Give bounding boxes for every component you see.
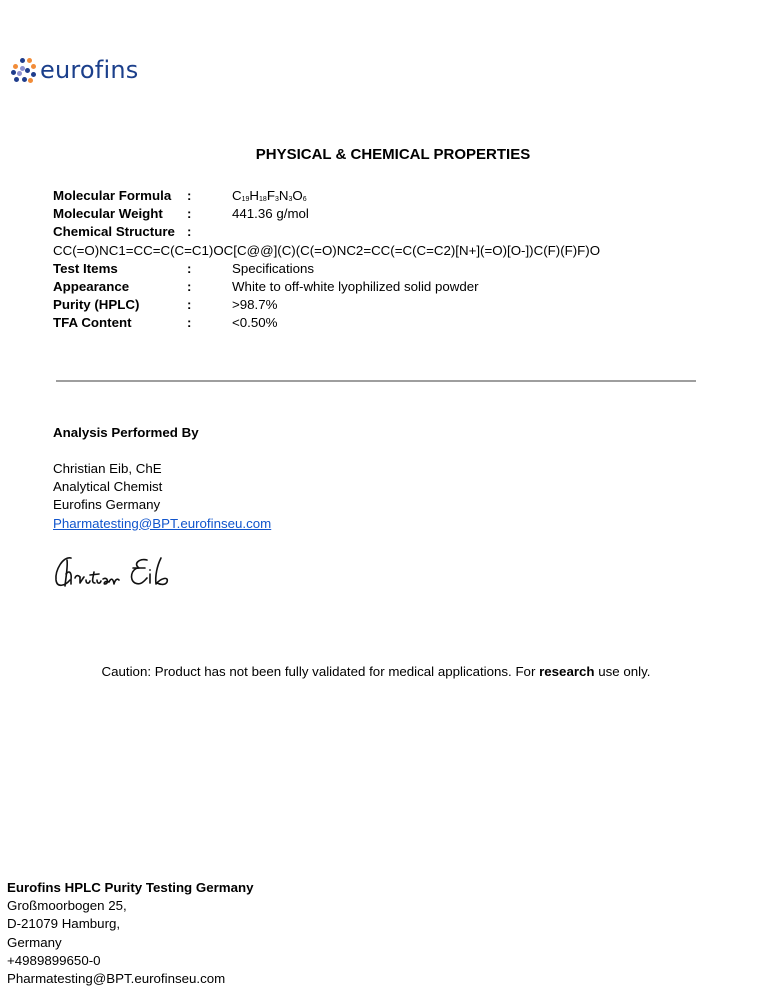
analysis-section: Analysis Performed By Christian Eib, ChE… (53, 424, 271, 533)
chemical-structure-value: CC(=O)NC1=CC=C(C=C1)OC[C@@](C)(C(=O)NC2=… (53, 243, 600, 258)
appearance-value: White to off-white lyophilized solid pow… (232, 278, 479, 296)
label: Molecular Formula (53, 187, 171, 205)
eurofins-dots-icon (9, 56, 37, 84)
tfa-content-value: <0.50% (232, 314, 277, 332)
test-items-value: Specifications (232, 260, 314, 278)
footer-company: Eurofins HPLC Purity Testing Germany (7, 879, 254, 897)
row-molecular-weight: Molecular Weight : 441.36 g/mol (53, 205, 600, 223)
signature-image (53, 550, 178, 592)
label: Molecular Weight (53, 205, 163, 223)
label: Test Items (53, 260, 118, 278)
row-test-items: Test Items : Specifications (53, 260, 600, 278)
row-tfa-content: TFA Content : <0.50% (53, 314, 600, 332)
section-divider (56, 380, 696, 382)
analyst-role: Analytical Chemist (53, 478, 271, 496)
footer-city: D-21079 Hamburg, (7, 915, 254, 933)
eurofins-logo: eurofins (9, 56, 138, 84)
footer-address: Eurofins HPLC Purity Testing Germany Gro… (7, 879, 254, 988)
analyst-email-link[interactable]: Pharmatesting@BPT.eurofinseu.com (53, 516, 271, 531)
separator: : (187, 187, 191, 205)
footer-country: Germany (7, 934, 254, 952)
analyst-organization: Eurofins Germany (53, 496, 271, 514)
label: Chemical Structure (53, 223, 175, 241)
properties-table: Molecular Formula : C19H18F3N3O6 Molecul… (53, 187, 600, 333)
caution-prefix: Caution: Product has not been fully vali… (102, 664, 540, 679)
row-purity: Purity (HPLC) : >98.7% (53, 296, 600, 314)
footer-email: Pharmatesting@BPT.eurofinseu.com (7, 970, 254, 988)
separator: : (187, 296, 191, 314)
caution-suffix: use only. (595, 664, 651, 679)
analysis-heading: Analysis Performed By (53, 424, 271, 442)
label: TFA Content (53, 314, 132, 332)
row-smiles: CC(=O)NC1=CC=C(C=C1)OC[C@@](C)(C(=O)NC2=… (53, 242, 600, 260)
separator: : (187, 223, 191, 241)
page-title: PHYSICAL & CHEMICAL PROPERTIES (0, 146, 758, 163)
separator: : (187, 205, 191, 223)
logo-text: eurofins (40, 56, 138, 84)
separator: : (187, 278, 191, 296)
row-appearance: Appearance : White to off-white lyophili… (53, 278, 600, 296)
analyst-name: Christian Eib, ChE (53, 460, 271, 478)
label: Appearance (53, 278, 129, 296)
separator: : (187, 314, 191, 332)
footer-street: Großmoorbogen 25, (7, 897, 254, 915)
row-molecular-formula: Molecular Formula : C19H18F3N3O6 (53, 187, 600, 205)
label: Purity (HPLC) (53, 296, 139, 314)
purity-value: >98.7% (232, 296, 277, 314)
separator: : (187, 260, 191, 278)
caution-emphasis: research (539, 664, 594, 679)
caution-notice: Caution: Product has not been fully vali… (0, 664, 752, 679)
row-chemical-structure: Chemical Structure : (53, 223, 600, 241)
molecular-weight-value: 441.36 g/mol (232, 205, 309, 223)
footer-phone: +4989899650-0 (7, 952, 254, 970)
